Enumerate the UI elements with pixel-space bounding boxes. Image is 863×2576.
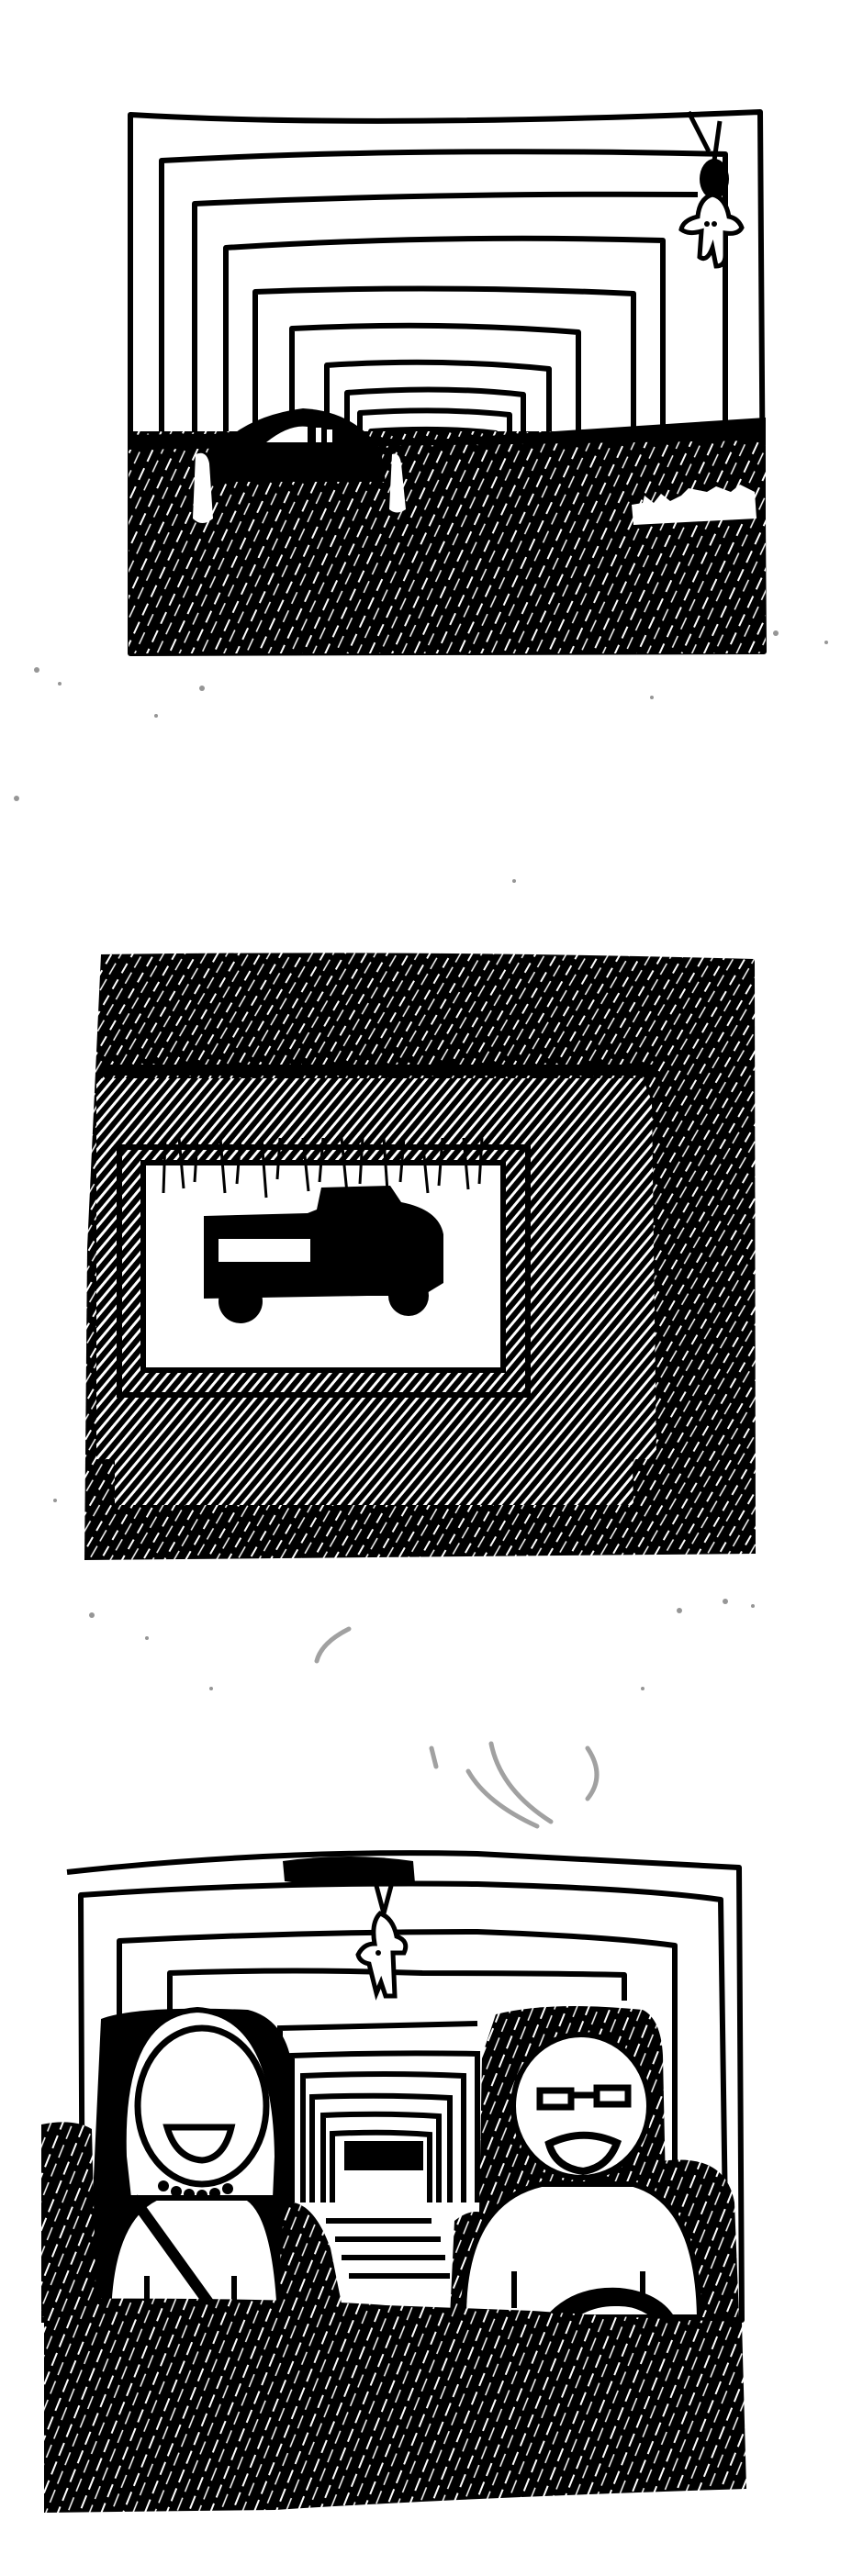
passenger: [108, 2010, 280, 2317]
dashboard: [44, 2299, 746, 2513]
hanging-ornament-icon: [358, 1886, 406, 1996]
comic-panel-3: [0, 0, 863, 2576]
rearview-mirror-icon: [283, 1857, 415, 1887]
